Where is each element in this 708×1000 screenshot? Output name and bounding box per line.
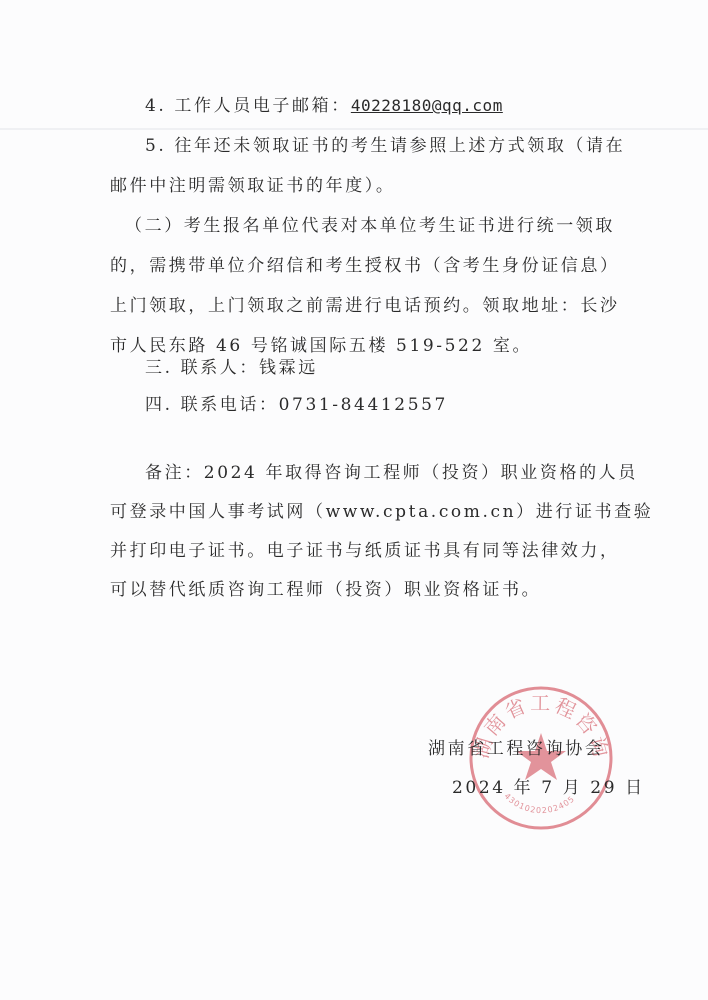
email-label: 4. 工作人员电子邮箱： [145,96,351,116]
section2-line-4: 市人民东路 46 号铭诚国际五楼 519-522 室。 [110,335,532,357]
section2-line-2: 的，需携带单位介绍信和考生授权书（含考生身份证信息） [110,255,620,277]
contact-phone: 四. 联系电话：0731-84412557 [145,394,448,416]
note-line-2: 可登录中国人事考试网（www.cpta.com.cn）进行证书查验 [110,501,653,523]
email-link[interactable]: 40228180@qq.com [351,96,503,115]
item-5-line-2: 邮件中注明需领取证书的年度）。 [110,175,396,197]
scan-artifact [0,128,708,130]
note-line-3: 并打印电子证书。电子证书与纸质证书具有同等法律效力， [110,540,620,562]
document-page: 4. 工作人员电子邮箱：40228180@qq.com 5. 往年还未领取证书的… [0,0,708,1000]
section2-line-1: （二）考生报名单位代表对本单位考生证书进行统一领取 [125,215,615,237]
signature-organization: 湖南省工程咨询协会 [428,738,604,760]
contact-person: 三. 联系人：钱霖远 [145,357,318,379]
note-line-4: 可以替代纸质咨询工程师（投资）职业资格证书。 [110,579,541,601]
item-5-line-1: 5. 往年还未领取证书的考生请参照上述方式领取（请在 [145,135,625,157]
signature-date: 2024 年 7 月 29 日 [452,777,645,799]
item-4-email-line: 4. 工作人员电子邮箱：40228180@qq.com [145,95,503,117]
note-line-1: 备注：2024 年取得咨询工程师（投资）职业资格的人员 [145,462,638,484]
section2-line-3: 上门领取，上门领取之前需进行电话预约。领取地址：长沙 [110,295,620,317]
